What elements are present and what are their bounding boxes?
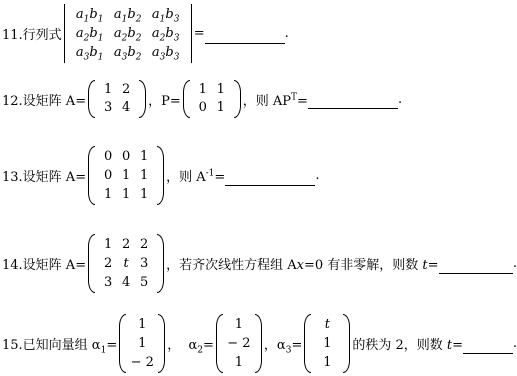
matrix-cell: a1b2 bbox=[109, 5, 147, 24]
matrix-A: 1222t3345 bbox=[88, 234, 164, 293]
matrix-cell: 2 bbox=[99, 254, 117, 273]
matrix-cell: 2 bbox=[117, 235, 135, 254]
vector-alpha1: 11− 2 bbox=[119, 314, 165, 373]
matrix-cell: − 2 bbox=[130, 353, 154, 372]
right-paren bbox=[139, 80, 146, 118]
matrix-cell: 1 bbox=[130, 315, 154, 334]
right-paren bbox=[157, 146, 164, 205]
matrix-row: 1 bbox=[315, 353, 339, 372]
matrix-row: t bbox=[315, 315, 339, 334]
matrix-body: t11 bbox=[311, 314, 343, 373]
matrix-cell: 0 bbox=[194, 99, 212, 117]
matrix-cell: 1 bbox=[135, 185, 153, 204]
right-paren bbox=[158, 314, 165, 373]
matrix-A: 001011111 bbox=[88, 146, 164, 205]
matrix-cell: a2b1 bbox=[71, 24, 109, 43]
vector-alpha2: 1− 21 bbox=[216, 314, 262, 373]
left-paren bbox=[216, 314, 223, 373]
matrix-cell: 2 bbox=[117, 81, 135, 99]
matrix-cell: a1b3 bbox=[147, 5, 185, 24]
matrix-cell: a3b2 bbox=[109, 43, 147, 62]
text-run: ，α3= bbox=[264, 334, 302, 353]
matrix-cell: 1 bbox=[315, 334, 339, 353]
matrix-body: 1− 21 bbox=[223, 314, 255, 373]
answer-blank-15 bbox=[463, 338, 513, 354]
matrix-row: a1b1a1b2a1b3 bbox=[71, 5, 185, 24]
matrix-cell: 1 bbox=[117, 166, 135, 185]
left-paren bbox=[183, 80, 190, 118]
matrix-body: a1b1a1b2a1b3a2b1a2b2a2b3a3b1a3b2a3b3 bbox=[64, 4, 192, 63]
matrix-body: 1101 bbox=[190, 80, 234, 118]
matrix-row: 1 bbox=[130, 315, 154, 334]
question-13: 13.设矩阵 A= 001011111 ，则 A-1= . bbox=[2, 146, 517, 205]
period: . bbox=[285, 26, 289, 41]
matrix-cell: 4 bbox=[117, 99, 135, 117]
matrix-row: 1 bbox=[227, 315, 251, 334]
text-run: ， α2= bbox=[167, 334, 214, 353]
right-paren bbox=[234, 80, 241, 118]
period: . bbox=[398, 92, 402, 107]
matrix-body: 1222t3345 bbox=[95, 234, 157, 293]
text-run: ，则 APT= bbox=[243, 90, 308, 109]
matrix-row: 11 bbox=[194, 81, 230, 99]
matrix-cell: 1 bbox=[135, 147, 153, 166]
matrix-row: 2t3 bbox=[99, 254, 153, 273]
determinant-matrix: a1b1a1b2a1b3a2b1a2b2a2b3a3b1a3b2a3b3 bbox=[64, 4, 192, 63]
matrix-row: − 2 bbox=[227, 334, 251, 353]
matrix-cell: 0 bbox=[99, 147, 117, 166]
matrix-cell: t bbox=[117, 254, 135, 273]
matrix-cell: − 2 bbox=[227, 334, 251, 353]
matrix-cell: 0 bbox=[117, 147, 135, 166]
matrix-P: 1101 bbox=[183, 80, 241, 118]
question-label: 11.行列式 bbox=[2, 24, 62, 43]
matrix-cell: 1 bbox=[135, 166, 153, 185]
matrix-cell: a2b2 bbox=[109, 24, 147, 43]
matrix-cell: 1 bbox=[99, 235, 117, 254]
text-run: 的秩为 2，则数 t= bbox=[352, 334, 463, 353]
left-paren bbox=[88, 234, 95, 293]
matrix-row: a3b1a3b2a3b3 bbox=[71, 43, 185, 62]
matrix-cell: 1 bbox=[194, 81, 212, 99]
question-label: 13.设矩阵 A= bbox=[2, 166, 86, 185]
left-paren bbox=[88, 146, 95, 205]
vector-alpha3: t11 bbox=[304, 314, 350, 373]
matrix-cell: 5 bbox=[135, 273, 153, 292]
matrix-cell: 3 bbox=[99, 273, 117, 292]
left-paren bbox=[304, 314, 311, 373]
right-paren bbox=[157, 234, 164, 293]
matrix-cell: a3b1 bbox=[71, 43, 109, 62]
answer-blank-13 bbox=[225, 170, 315, 186]
question-11: 11.行列式 a1b1a1b2a1b3a2b1a2b2a2b3a3b1a3b2a… bbox=[2, 4, 517, 63]
matrix-cell: 1 bbox=[315, 353, 339, 372]
matrix-cell: 3 bbox=[135, 254, 153, 273]
question-label: 14.设矩阵 A= bbox=[2, 254, 86, 273]
left-paren bbox=[119, 314, 126, 373]
matrix-row: a2b1a2b2a2b3 bbox=[71, 24, 185, 43]
matrix-cell: 3 bbox=[99, 99, 117, 117]
matrix-row: − 2 bbox=[130, 353, 154, 372]
question-14: 14.设矩阵 A= 1222t3345 ，若齐次线性方程组 Ax=0 有非零解，… bbox=[2, 234, 517, 293]
question-label: 15.已知向量组 α1= bbox=[2, 334, 117, 353]
right-paren bbox=[343, 314, 350, 373]
question-15: 15.已知向量组 α1= 11− 2 ， α2= 1− 21 ，α3= t11 … bbox=[2, 314, 517, 373]
right-paren bbox=[255, 314, 262, 373]
text-run: ，若齐次线性方程组 Ax=0 有非零解，则数 t= bbox=[166, 254, 438, 273]
matrix-row: 122 bbox=[99, 235, 153, 254]
matrix-body: 11− 2 bbox=[126, 314, 158, 373]
period: . bbox=[315, 168, 319, 183]
matrix-cell: 1 bbox=[130, 334, 154, 353]
matrix-cell: 1 bbox=[227, 353, 251, 372]
exam-page: 11.行列式 a1b1a1b2a1b3a2b1a2b2a2b3a3b1a3b2a… bbox=[0, 0, 517, 373]
matrix-cell: 2 bbox=[135, 235, 153, 254]
matrix-cell: a3b3 bbox=[147, 43, 185, 62]
matrix-cell: 1 bbox=[227, 315, 251, 334]
period: . bbox=[513, 256, 517, 271]
text-run: ，则 A-1= bbox=[166, 166, 225, 185]
matrix-cell: 1 bbox=[212, 99, 230, 117]
matrix-row: 1 bbox=[315, 334, 339, 353]
matrix-cell: a1b1 bbox=[71, 5, 109, 24]
matrix-row: 1 bbox=[130, 334, 154, 353]
matrix-cell: a2b3 bbox=[147, 24, 185, 43]
answer-blank-11 bbox=[205, 28, 285, 44]
matrix-row: 34 bbox=[99, 99, 135, 117]
period: . bbox=[513, 336, 517, 351]
matrix-A: 1234 bbox=[88, 80, 146, 118]
answer-blank-14 bbox=[439, 258, 513, 274]
matrix-cell: 0 bbox=[99, 166, 117, 185]
question-label: 12.设矩阵 A= bbox=[2, 90, 86, 109]
left-paren bbox=[88, 80, 95, 118]
matrix-cell: 1 bbox=[99, 185, 117, 204]
matrix-row: 12 bbox=[99, 81, 135, 99]
matrix-row: 345 bbox=[99, 273, 153, 292]
matrix-row: 001 bbox=[99, 147, 153, 166]
matrix-row: 01 bbox=[194, 99, 230, 117]
matrix-cell: t bbox=[315, 315, 339, 334]
matrix-row: 011 bbox=[99, 166, 153, 185]
matrix-row: 1 bbox=[227, 353, 251, 372]
answer-blank-12 bbox=[308, 93, 398, 109]
matrix-body: 1234 bbox=[95, 80, 139, 118]
matrix-body: 001011111 bbox=[95, 146, 157, 205]
question-12: 12.设矩阵 A= 1234 ，P= 1101 ，则 APT= . bbox=[2, 80, 517, 118]
matrix-row: 111 bbox=[99, 185, 153, 204]
matrix-cell: 1 bbox=[117, 185, 135, 204]
matrix-cell: 1 bbox=[99, 81, 117, 99]
matrix-cell: 4 bbox=[117, 273, 135, 292]
matrix-cell: 1 bbox=[212, 81, 230, 99]
equals-sign: = bbox=[194, 26, 205, 41]
text-run: ，P= bbox=[148, 90, 181, 109]
